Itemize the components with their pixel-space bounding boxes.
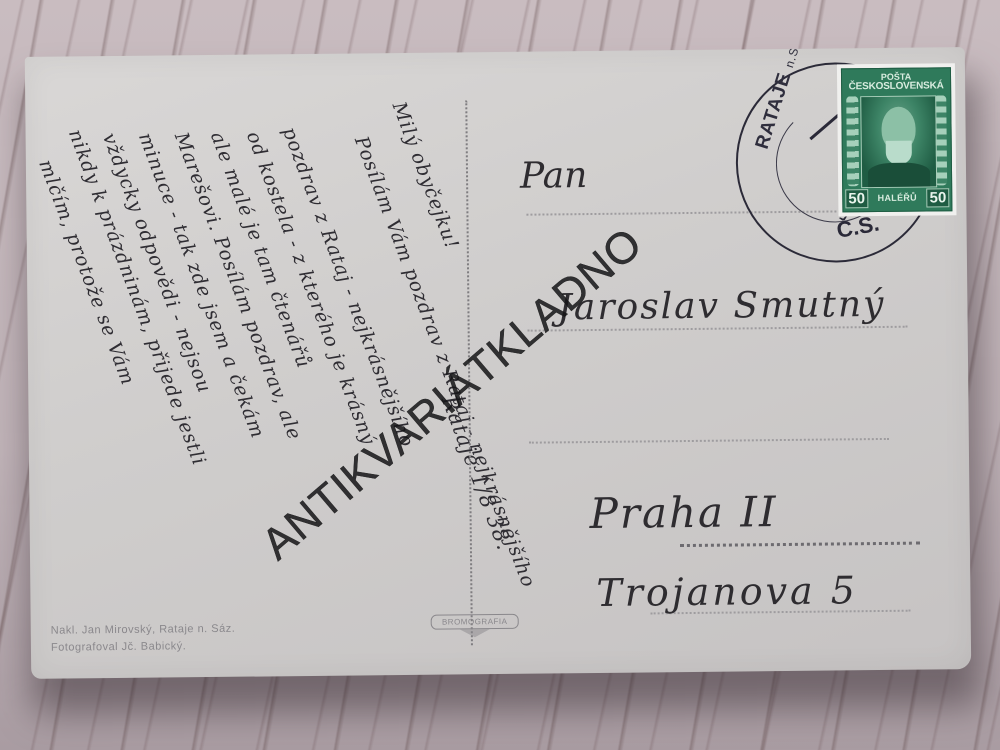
stamp-denomination: 50 HALÉŘŮ 50 bbox=[843, 187, 951, 208]
stamp-value-right: 50 bbox=[927, 188, 950, 207]
printer-badge: BROMOGRAFIA bbox=[431, 614, 519, 630]
publisher-info: Nakl. Jan Mirovský, Rataje n. Sáz. Fotog… bbox=[51, 621, 236, 657]
stamp-header: POŠTA ČESKOSLOVENSKÁ bbox=[842, 71, 950, 92]
stamp-unit: HALÉŘŮ bbox=[878, 193, 917, 203]
address-line-3 bbox=[529, 438, 889, 444]
portrait-icon bbox=[860, 95, 937, 188]
address-street: Trojanova 5 bbox=[596, 568, 858, 615]
address-line-4 bbox=[680, 542, 920, 548]
stamp-body: POŠTA ČESKOSLOVENSKÁ 50 HALÉŘŮ 50 bbox=[841, 67, 953, 212]
address-salutation: Pan bbox=[520, 155, 588, 197]
stamp-value-left: 50 bbox=[845, 189, 868, 208]
linden-leaf-icon bbox=[846, 96, 859, 186]
publisher-line: Nakl. Jan Mirovský, Rataje n. Sáz. bbox=[51, 621, 236, 640]
photographer-line: Fotografoval Jč. Babický. bbox=[51, 638, 236, 657]
address-city: Praha II bbox=[589, 487, 778, 538]
handwritten-message: Milý obyčejku! Posílám Vám pozdrav z Rat… bbox=[40, 92, 466, 636]
postage-stamp: POŠTA ČESKOSLOVENSKÁ 50 HALÉŘŮ 50 bbox=[837, 63, 957, 216]
